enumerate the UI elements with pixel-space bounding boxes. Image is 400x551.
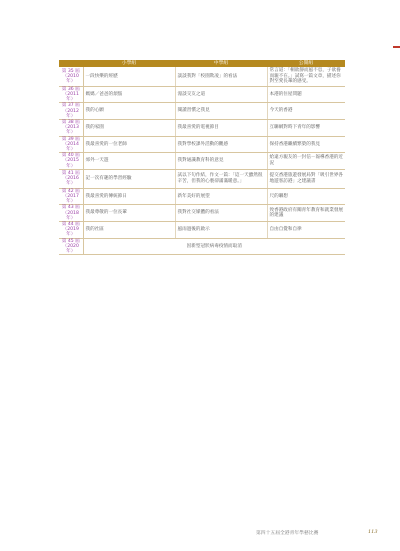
session-year: （2020 年） [59,244,83,254]
session-cell: 第 42 屆（2017 年） [59,188,83,205]
session-cell: 第 45 屆（2020 年） [59,238,83,255]
session-cell: 第 40 屆（2015 年） [59,153,83,170]
open-topic: 提交香港旅遊發展局對「吸引世界各地遊客訪港」之建議書 [267,169,345,188]
open-topic: 給遠方親友的一封信－報導香港的近況 [267,153,345,170]
primary-topic: 媽媽／爸爸的煩惱 [83,86,175,103]
secondary-topic: 我對通識教育科的意見 [175,153,267,170]
open-topic: 致香港政府有關青年教育和就業發展的建議 [267,205,345,222]
session-cell: 第 43 屆（2018 年） [59,205,83,222]
session-year: （2012 年） [59,109,83,119]
session-year: （2015 年） [59,158,83,168]
open-topic: 互聯網對時下青年的影響 [267,120,345,137]
footer-title: 第四十五屆全港青年學藝比賽 [256,529,318,536]
page-edge-accent [393,46,400,48]
primary-topic: 我的家園 [83,120,175,137]
table-row: 第 44 屆（2019 年）我的社區風雨過後的啟示自由自覺和自律 [59,222,345,239]
primary-topic: 我最尊敬的一位長輩 [83,205,175,222]
page-number: 113 [368,529,378,535]
table-row: 第 41 屆（2016 年）記一次有趣的學習經驗試以下句作結，作文一篇：「這一天… [59,169,345,188]
table-row: 第 45 屆（2020 年）因新型冠狀病毒疫情而取消 [59,238,345,255]
primary-topic: 我的社區 [83,222,175,239]
open-topic: 保持香港繼續繁榮的我見 [267,136,345,153]
session-label: 第 43 屆 [59,205,83,210]
topics-table: 小學組 中學組 公開組 第 35 屆（2010 年）一段快樂的經歷談談我對「校園… [59,60,345,255]
session-cell: 第 44 屆（2019 年） [59,222,83,239]
session-cell: 第 41 屆（2016 年） [59,169,83,188]
table-row: 第 43 屆（2018 年）我最尊敬的一位長輩我對社交媒體的看法致香港政府有關青… [59,205,345,222]
header-open: 公開組 [267,60,345,67]
open-topic: 尺的聯想 [267,188,345,205]
session-cell: 第 35 屆（2010 年） [59,67,83,86]
session-year: （2011 年） [59,92,83,102]
session-cell: 第 37 屆（2012 年） [59,103,83,120]
session-year: （2013 年） [59,125,83,135]
session-year: （2016 年） [59,176,83,186]
open-topic: 今天的香港 [267,103,345,120]
primary-topic: 我最喜愛的一位老師 [83,136,175,153]
secondary-topic: 試以下句作結，作文一篇：「這一天雖然很辛苦，但我的心裏卻滿滿暖意。」 [175,169,267,188]
table-header-row: 小學組 中學組 公開組 [59,60,345,67]
primary-topic: 我最喜愛的傳統節日 [83,188,175,205]
header-secondary: 中學組 [175,60,267,67]
cancelled-note: 因新型冠狀病毒疫情而取消 [83,238,345,255]
secondary-topic: 談談我對「校園欺凌」的看法 [175,67,267,86]
open-topic: 自由自覺和自律 [267,222,345,239]
session-year: （2019 年） [59,227,83,237]
session-cell: 第 39 屆（2014 年） [59,136,83,153]
session-year: （2017 年） [59,194,83,204]
secondary-topic: 新年美好的展望 [175,188,267,205]
session-cell: 第 36 屆（2011 年） [59,86,83,103]
table-row: 第 35 屆（2010 年）一段快樂的經歷談談我對「校園欺凌」的看法常言道：「桐… [59,67,345,86]
table-row: 第 40 屆（2015 年）郊外一天遊我對通識教育科的意見給遠方親友的一封信－報… [59,153,345,170]
session-year: （2018 年） [59,211,83,221]
session-year: （2014 年） [59,142,83,152]
session-year: （2010 年） [59,74,83,84]
table-row: 第 39 屆（2014 年）我最喜愛的一位老師我對學校課外活動的觀感保持香港繼續… [59,136,345,153]
header-session [59,60,83,67]
table-row: 第 37 屆（2012 年）我的心願閱讀習慣之我見今天的香港 [59,103,345,120]
open-topic: 本港的住屋問題 [267,86,345,103]
primary-topic: 記一次有趣的學習經驗 [83,169,175,188]
primary-topic: 一段快樂的經歷 [83,67,175,86]
secondary-topic: 閱讀習慣之我見 [175,103,267,120]
session-cell: 第 38 屆（2013 年） [59,120,83,137]
session-label: 第 37 屆 [59,103,83,108]
table-row: 第 38 屆（2013 年）我的家園我最喜愛的電視節目互聯網對時下青年的影響 [59,120,345,137]
secondary-topic: 我對社交媒體的看法 [175,205,267,222]
table-row: 第 36 屆（2011 年）媽媽／爸爸的煩惱漫談交友之道本港的住屋問題 [59,86,345,103]
secondary-topic: 我最喜愛的電視節目 [175,120,267,137]
secondary-topic: 我對學校課外活動的觀感 [175,136,267,153]
table-row: 第 42 屆（2017 年）我最喜愛的傳統節日新年美好的展望尺的聯想 [59,188,345,205]
open-topic: 常言道：「桐欲靜而風不息，子欲養而親不在。」試寫一篇文章，描述你對至愛長輩的感受… [267,67,345,86]
primary-topic: 我的心願 [83,103,175,120]
primary-topic: 郊外一天遊 [83,153,175,170]
secondary-topic: 風雨過後的啟示 [175,222,267,239]
header-primary: 小學組 [83,60,175,67]
secondary-topic: 漫談交友之道 [175,86,267,103]
